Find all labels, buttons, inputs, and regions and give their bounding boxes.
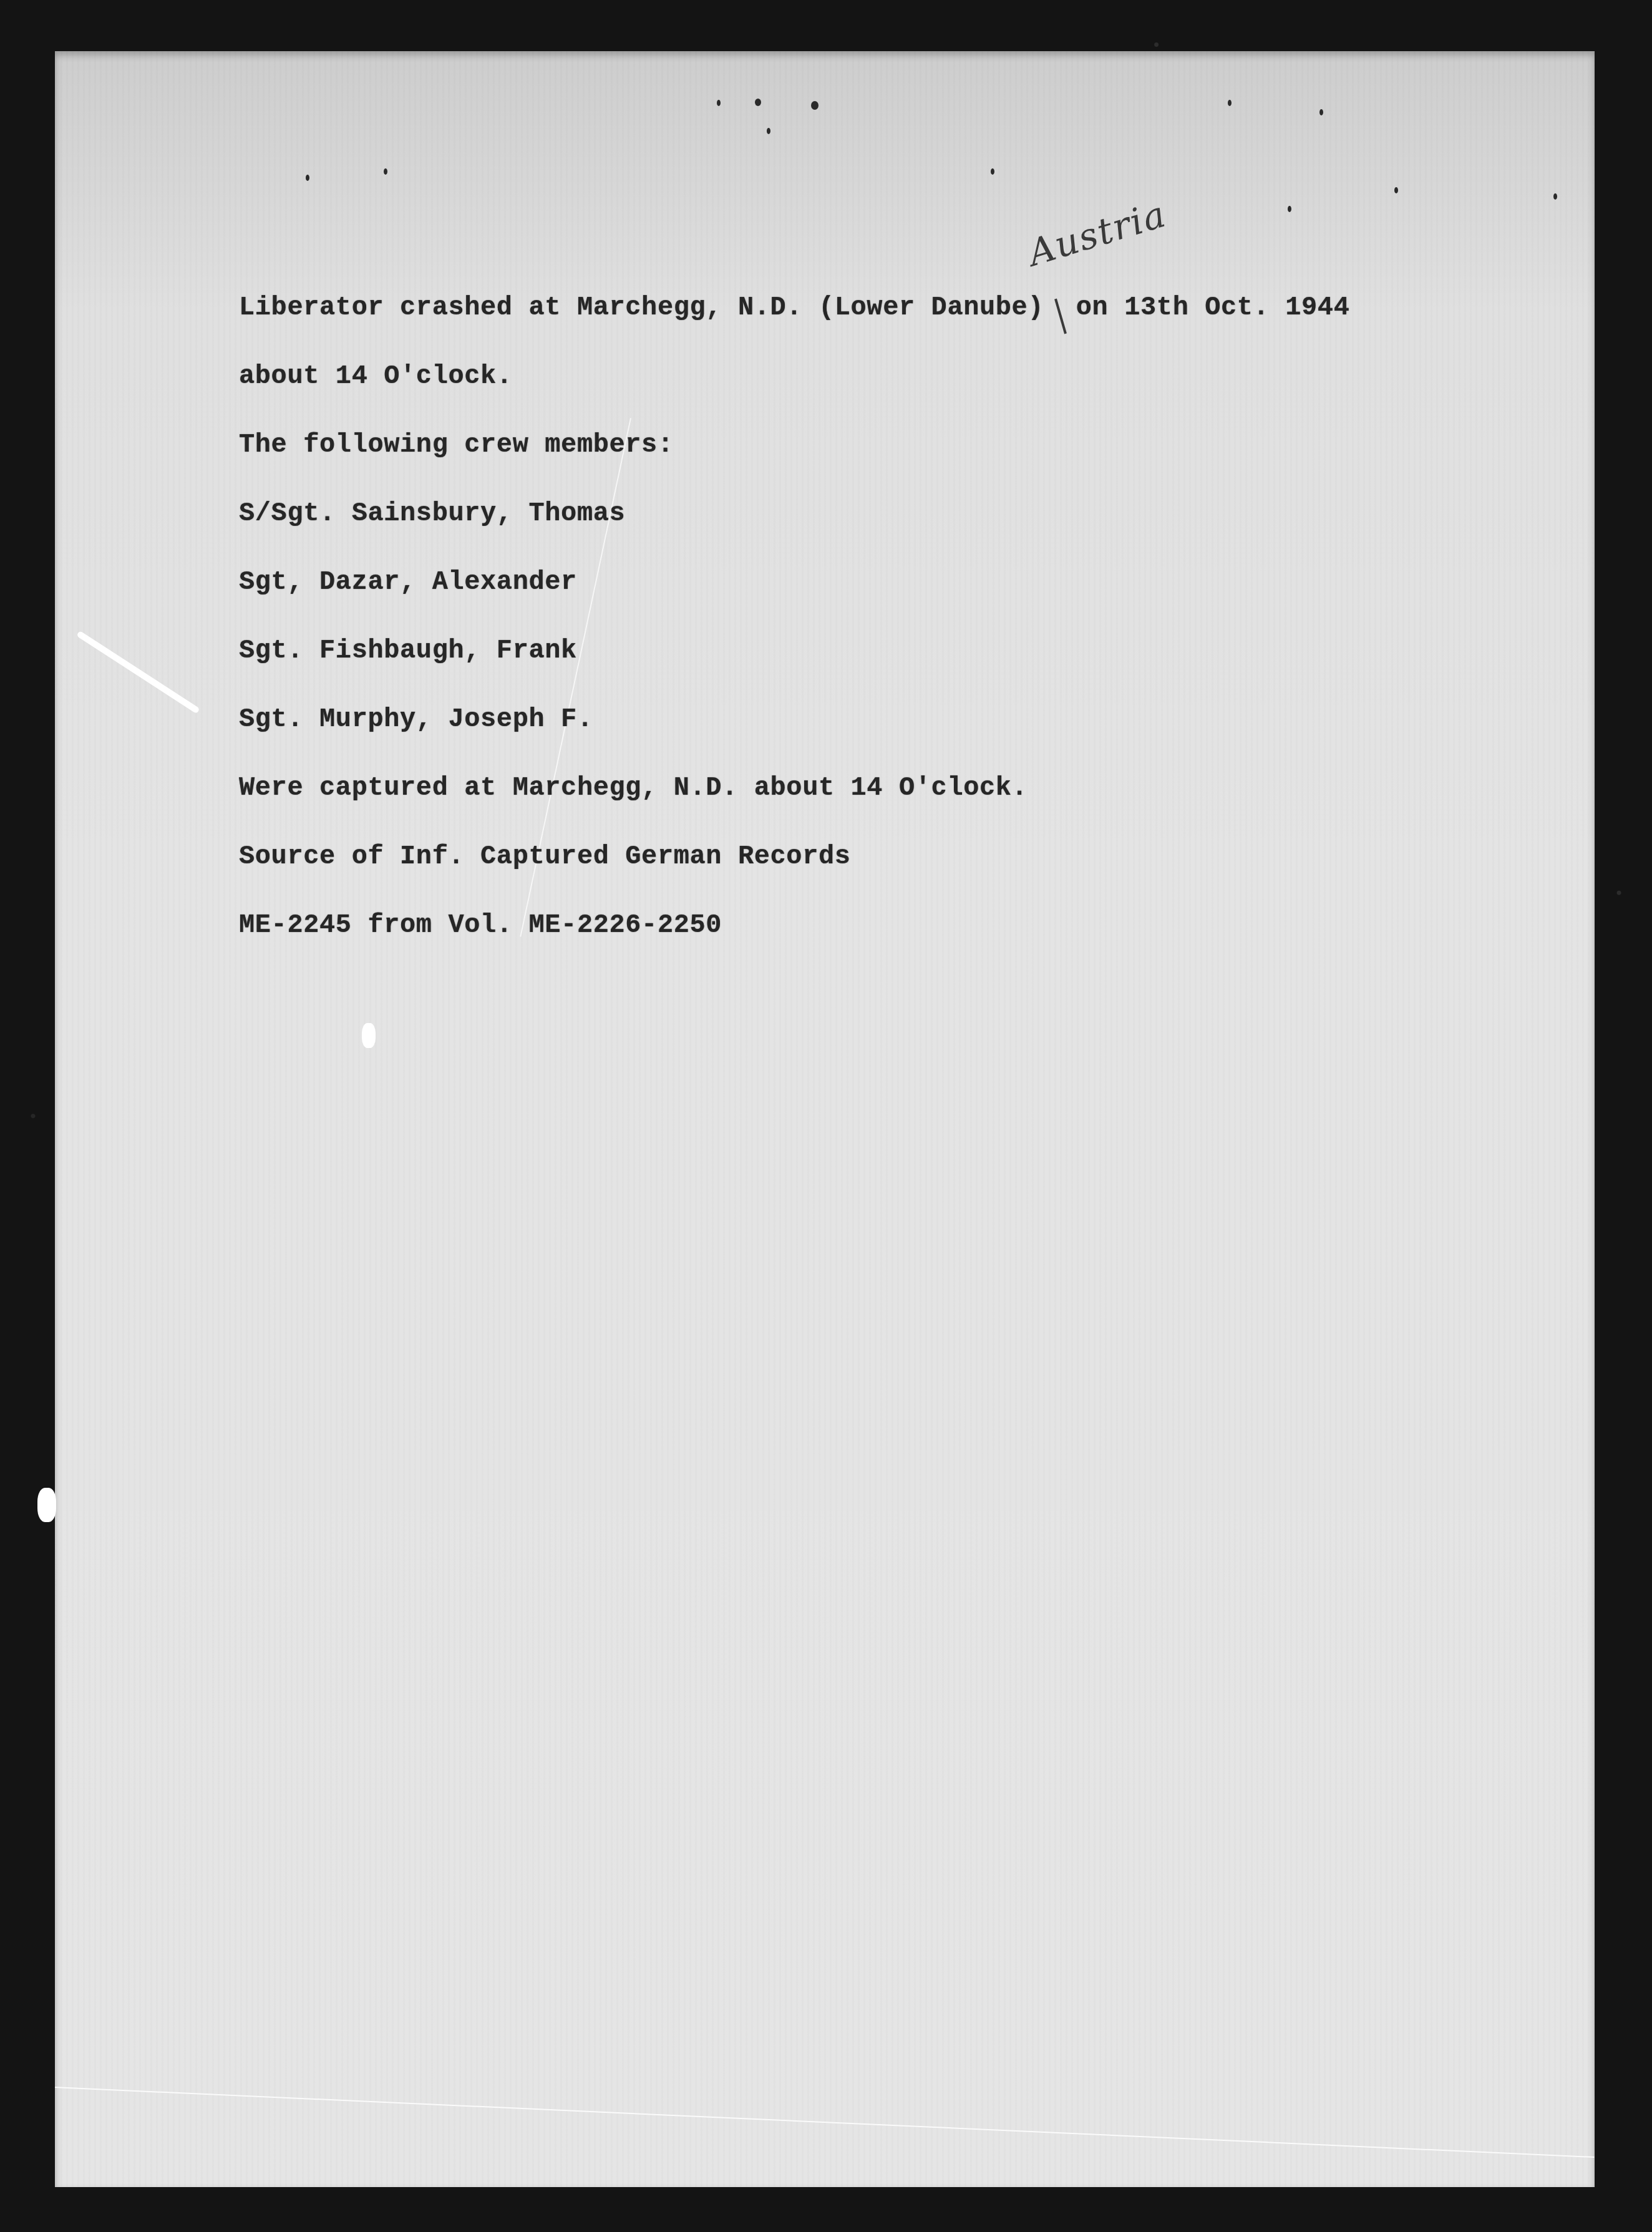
dust-speck [717, 100, 721, 106]
dust-speck [755, 99, 761, 106]
dust-speck [767, 128, 770, 134]
dust-speck [991, 168, 994, 175]
dust-speck [1394, 187, 1398, 193]
dust-speck [1288, 206, 1291, 212]
crew-member: Sgt, Dazar, Alexander [239, 569, 577, 595]
crew-member: Sgt. Murphy, Joseph F. [239, 706, 593, 732]
crew-member: Sgt. Fishbaugh, Frank [239, 638, 577, 664]
dust-speck [306, 175, 309, 181]
capture-line: Were captured at Marchegg, N.D. about 14… [239, 775, 1028, 801]
crash-report-line: Liberator crashed at Marchegg, N.D. (Low… [239, 294, 1349, 321]
scratch-mark [362, 1023, 376, 1048]
crash-time-line: about 14 O'clock. [239, 363, 513, 389]
crew-intro-line: The following crew members: [239, 432, 674, 458]
dust-speck [1319, 109, 1323, 115]
record-reference-line: ME-2245 from Vol. ME-2226-2250 [239, 912, 722, 938]
dust-speck [384, 168, 387, 175]
dust-speck [1553, 193, 1557, 200]
crew-member: S/Sgt. Sainsbury, Thomas [239, 500, 625, 526]
source-line: Source of Inf. Captured German Records [239, 843, 851, 870]
dust-speck [811, 101, 819, 110]
dust-speck [1228, 100, 1232, 106]
scratch-mark [37, 1488, 56, 1522]
